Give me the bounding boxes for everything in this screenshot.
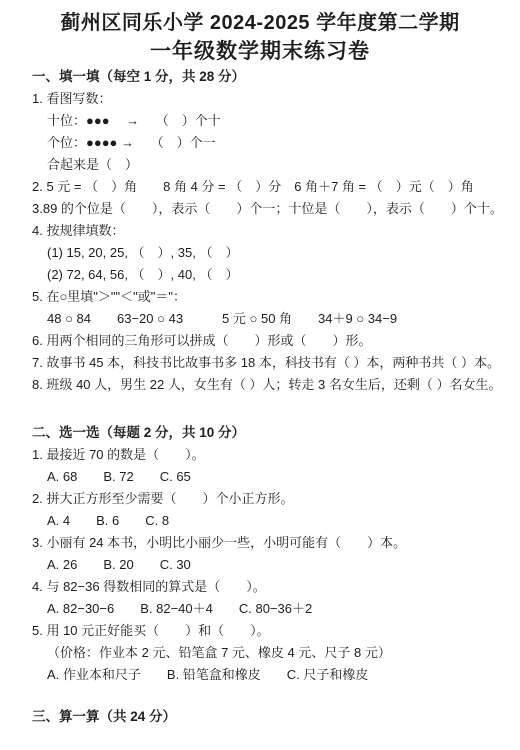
exam-line: 1. 最接近 70 的数是（ ）。 bbox=[32, 444, 512, 466]
exam-line: 4. 按规律填数： bbox=[32, 220, 512, 242]
exam-line: 48 ○ 84 63−20 ○ 43 5 元 ○ 50 角 34＋9 ○ 34−… bbox=[32, 308, 512, 330]
exam-line: A. 作业本和尺子 B. 铅笔盒和橡皮 C. 尺子和橡皮 bbox=[32, 664, 512, 686]
exam-line: 3. 小丽有 24 本书，小明比小丽少一些，小明可能有（ ）本。 bbox=[32, 532, 512, 554]
section-heading: 三、算一算（共 24 分） bbox=[32, 706, 512, 728]
exam-line: 8. 班级 40 人，男生 22 人，女生有（ ）人；转走 3 名女生后，还剩（… bbox=[32, 374, 512, 396]
paper-sections: 一、填一填（每空 1 分，共 28 分）1. 看图写数：十位：●●● → （ ）… bbox=[0, 66, 520, 728]
paper-title-line1: 蓟州区同乐小学 2024-2025 学年度第二学期 bbox=[0, 10, 520, 36]
exam-paper-page: 蓟州区同乐小学 2024-2025 学年度第二学期 一年级数学期末练习卷 一、填… bbox=[0, 0, 520, 750]
exam-line: 7. 故事书 45 本，科技书比故事书多 18 本，科技书有（ ）本，两种书共（… bbox=[32, 352, 512, 374]
exam-line: 个位：●●●● → （ ）个一 bbox=[32, 132, 512, 154]
exam-line: A. 26 B. 20 C. 30 bbox=[32, 554, 512, 576]
exam-line: (2) 72, 64, 56, （ ）, 40, （ ） bbox=[32, 264, 512, 286]
exam-line: 合起来是（ ） bbox=[32, 154, 512, 176]
exam-section: 二、选一选（每题 2 分，共 10 分）1. 最接近 70 的数是（ ）。A. … bbox=[32, 422, 512, 686]
section-heading: 一、填一填（每空 1 分，共 28 分） bbox=[32, 66, 512, 88]
exam-line: A. 68 B. 72 C. 65 bbox=[32, 466, 512, 488]
exam-line: 2. 拼大正方形至少需要（ ）个小正方形。 bbox=[32, 488, 512, 510]
paper-title-line2: 一年级数学期末练习卷 bbox=[0, 38, 520, 66]
exam-line: A. 82−30−6 B. 82−40＋4 C. 80−36＋2 bbox=[32, 598, 512, 620]
section-heading: 二、选一选（每题 2 分，共 10 分） bbox=[32, 422, 512, 444]
exam-line: 4. 与 82−36 得数相同的算式是（ ）。 bbox=[32, 576, 512, 598]
exam-line: 1. 看图写数： bbox=[32, 88, 512, 110]
exam-line: 5. 在○里填"＞""＜"或"＝"： bbox=[32, 286, 512, 308]
exam-line: 6. 用两个相同的三角形可以拼成（ ）形或（ ）形。 bbox=[32, 330, 512, 352]
exam-line: （价格：作业本 2 元、铅笔盒 7 元、橡皮 4 元、尺子 8 元） bbox=[32, 642, 512, 664]
exam-line: A. 4 B. 6 C. 8 bbox=[32, 510, 512, 532]
exam-line: 5. 用 10 元正好能买（ ）和（ ）。 bbox=[32, 620, 512, 642]
exam-line: 3.89 的个位是（ ），表示（ ）个一；十位是（ ），表示（ ）个十。 bbox=[32, 198, 512, 220]
exam-line: 十位：●●● → （ ）个十 bbox=[32, 110, 512, 132]
exam-section: 一、填一填（每空 1 分，共 28 分）1. 看图写数：十位：●●● → （ ）… bbox=[32, 66, 512, 396]
exam-section: 三、算一算（共 24 分） bbox=[32, 706, 512, 728]
exam-line: (1) 15, 20, 25, （ ）, 35, （ ） bbox=[32, 242, 512, 264]
exam-line: 2. 5 元 = （ ）角 8 角 4 分 = （ ）分 6 角＋7 角 = （… bbox=[32, 176, 512, 198]
